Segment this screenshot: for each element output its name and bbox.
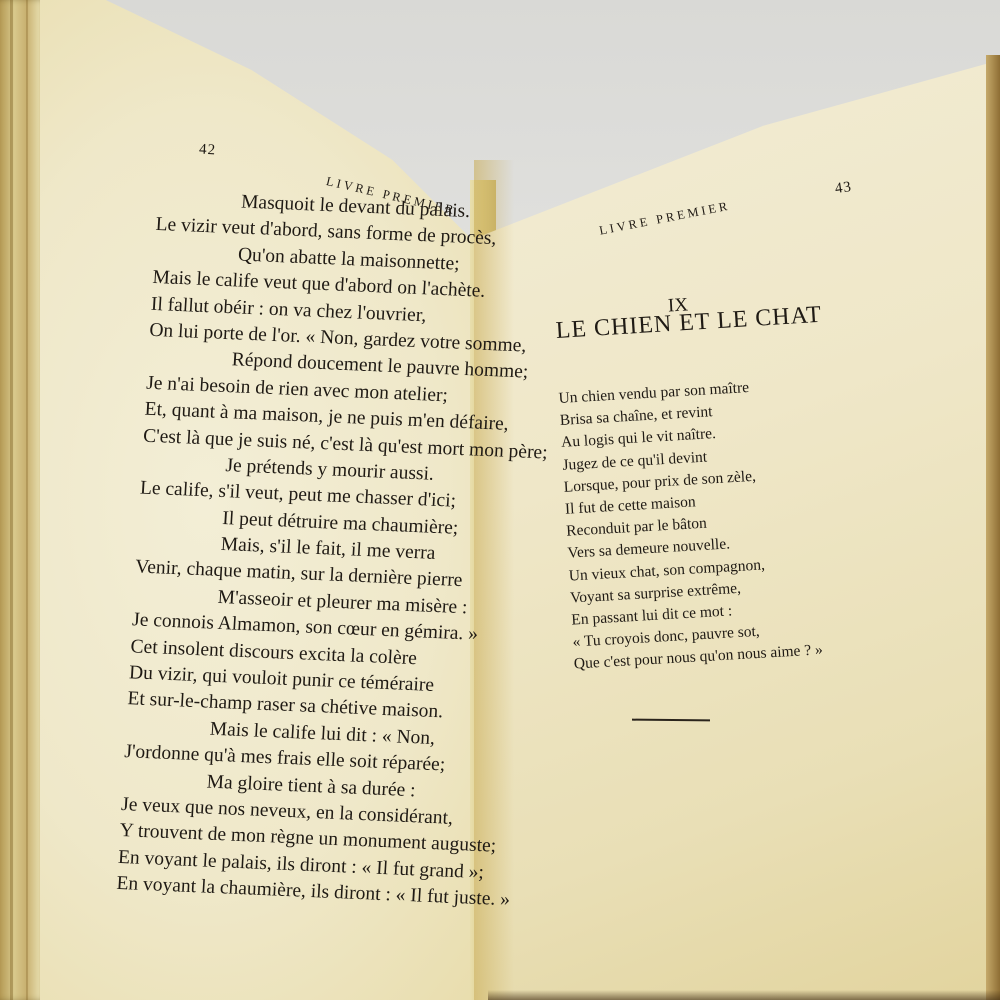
book-bottom-shadow: [488, 990, 1000, 1000]
left-page-verse: Masquoit le devant du palais.Le vizir ve…: [116, 186, 488, 911]
right-page-number: 43: [834, 179, 853, 198]
fable-verse: Un chien vendu par son maîtreBrisa sa ch…: [558, 374, 823, 677]
open-book-photo: 42 LIVRE PREMIER Masquoit le devant du p…: [0, 0, 1000, 1000]
left-page-number: 42: [199, 142, 217, 160]
book-fore-edge: [986, 55, 1000, 1000]
